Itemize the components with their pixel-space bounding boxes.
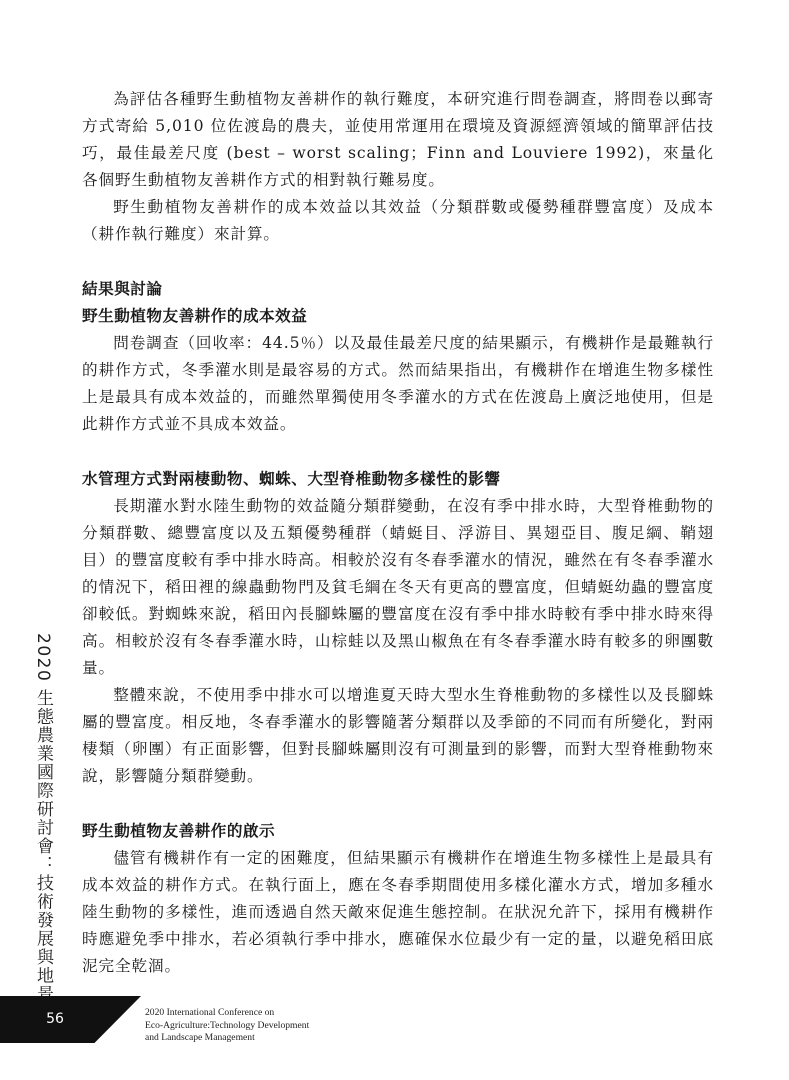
footer-conference-name: 2020 International Conference on Eco-Agr… xyxy=(145,1007,405,1045)
water-management-paragraph-1: 長期灌水對水陸生動物的效益隨分類群變動，在沒有季中排水時，大型脊椎動物的分類群數… xyxy=(82,493,714,682)
vertical-conference-title: 2020 生態農業國際研討會：技術發展與地景經營 xyxy=(30,633,56,1041)
intro-paragraph-2: 野生動植物友善耕作的成本效益以其效益（分類群數或優勢種群豐富度）及成本（耕作執行… xyxy=(82,194,714,248)
footer-line-2: Eco-Agriculture:Technology Development xyxy=(145,1020,405,1033)
page-body: 為評估各種野生動植物友善耕作的執行難度，本研究進行問卷調查，將問卷以郵寄方式寄給… xyxy=(82,86,714,980)
subsection-title-cost-benefit: 野生動植物友善耕作的成本效益 xyxy=(82,303,714,330)
intro-paragraph-1: 為評估各種野生動植物友善耕作的執行難度，本研究進行問卷調查，將問卷以郵寄方式寄給… xyxy=(82,86,714,194)
footer-line-1: 2020 International Conference on xyxy=(145,1007,405,1020)
spacer xyxy=(82,248,714,276)
cost-benefit-paragraph: 問卷調查（回收率：44.5％）以及最佳最差尺度的結果顯示，有機耕作是最難執行的耕… xyxy=(82,330,714,438)
page-number: 56 xyxy=(0,996,110,1043)
footer-line-3: and Landscape Management xyxy=(145,1032,405,1045)
implications-paragraph: 儘管有機耕作有一定的困難度，但結果顯示有機耕作在增進生物多樣性上是最具有成本效益… xyxy=(82,845,714,980)
water-management-paragraph-2: 整體來說，不使用季中排水可以增進夏天時大型水生脊椎動物的多樣性以及長腳蛛屬的豐富… xyxy=(82,682,714,790)
subsection-title-implications: 野生動植物友善耕作的啟示 xyxy=(82,818,714,845)
subsection-title-water-management: 水管理方式對兩棲動物、蜘蛛、大型脊椎動物多樣性的影響 xyxy=(82,466,714,493)
spacer xyxy=(82,438,714,466)
spacer xyxy=(82,790,714,818)
section-title-results: 結果與討論 xyxy=(82,276,714,303)
